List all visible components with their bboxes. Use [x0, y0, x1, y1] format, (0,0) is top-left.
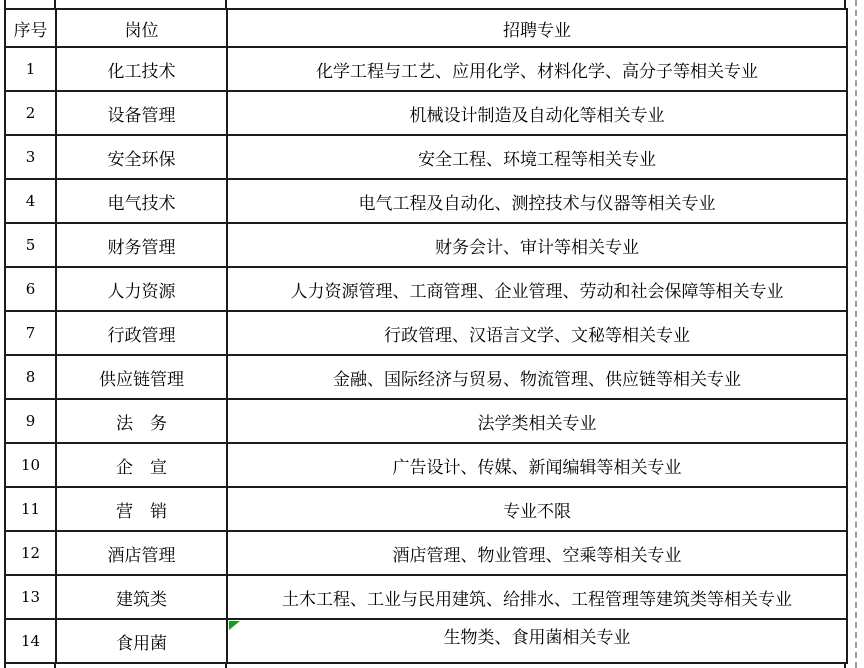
majors-cell[interactable]: 化学工程与工艺、应用化学、材料化学、高分子等相关专业 [227, 47, 847, 91]
majors-cell[interactable]: 财务会计、审计等相关专业 [227, 223, 847, 267]
index-cell[interactable]: 13 [5, 575, 56, 619]
position-cell[interactable]: 建筑类 [56, 575, 227, 619]
page-break-line [855, 0, 857, 668]
table-row: 4 电气技术 电气工程及自动化、测控技术与仪器等相关专业 [5, 179, 847, 223]
table-row: 13 建筑类 土木工程、工业与民用建筑、给排水、工程管理等建筑类等相关专业 [5, 575, 847, 619]
table-row: 14 食用菌 生物类、食用菌相关专业 [5, 619, 847, 663]
position-cell[interactable]: 企 宣 [56, 443, 227, 487]
position-cell[interactable]: 电气技术 [56, 179, 227, 223]
table-row: 6 人力资源 人力资源管理、工商管理、企业管理、劳动和社会保障等相关专业 [5, 267, 847, 311]
cell-error-flag-icon [229, 621, 240, 630]
index-cell[interactable]: 9 [5, 399, 56, 443]
table-row: 8 供应链管理 金融、国际经济与贸易、物流管理、供应链等相关专业 [5, 355, 847, 399]
majors-text: 生物类、食用菌相关专业 [444, 628, 631, 647]
table-row: 7 行政管理 行政管理、汉语言文学、文秘等相关专业 [5, 311, 847, 355]
position-cell[interactable]: 财务管理 [56, 223, 227, 267]
majors-cell[interactable]: 机械设计制造及自动化等相关专业 [227, 91, 847, 135]
majors-cell[interactable]: 专业不限 [227, 487, 847, 531]
index-cell[interactable]: 6 [5, 267, 56, 311]
position-cell[interactable]: 酒店管理 [56, 531, 227, 575]
index-cell[interactable]: 2 [5, 91, 56, 135]
index-cell[interactable]: 14 [5, 619, 56, 663]
majors-cell[interactable]: 人力资源管理、工商管理、企业管理、劳动和社会保障等相关专业 [227, 267, 847, 311]
header-position[interactable]: 岗位 [56, 9, 227, 47]
position-cell[interactable]: 供应链管理 [56, 355, 227, 399]
table-row: 10 企 宣 广告设计、传媒、新闻编辑等相关专业 [5, 443, 847, 487]
position-cell[interactable]: 营 销 [56, 487, 227, 531]
table-row: 12 酒店管理 酒店管理、物业管理、空乘等相关专业 [5, 531, 847, 575]
position-cell[interactable]: 行政管理 [56, 311, 227, 355]
position-cell[interactable]: 法 务 [56, 399, 227, 443]
recruitment-table-sheet: 序号 岗位 招聘专业 1 化工技术 化学工程与工艺、应用化学、材料化学、高分子等… [0, 0, 864, 668]
index-cell[interactable]: 5 [5, 223, 56, 267]
majors-cell[interactable]: 安全工程、环境工程等相关专业 [227, 135, 847, 179]
majors-cell[interactable]: 电气工程及自动化、测控技术与仪器等相关专业 [227, 179, 847, 223]
header-majors[interactable]: 招聘专业 [227, 9, 847, 47]
position-cell[interactable]: 食用菌 [56, 619, 227, 663]
index-cell[interactable]: 8 [5, 355, 56, 399]
index-cell[interactable]: 12 [5, 531, 56, 575]
index-cell[interactable]: 4 [5, 179, 56, 223]
position-cell[interactable]: 化工技术 [56, 47, 227, 91]
table-row: 2 设备管理 机械设计制造及自动化等相关专业 [5, 91, 847, 135]
header-row: 序号 岗位 招聘专业 [5, 9, 847, 47]
table-row: 5 财务管理 财务会计、审计等相关专业 [5, 223, 847, 267]
recruitment-table: 序号 岗位 招聘专业 1 化工技术 化学工程与工艺、应用化学、材料化学、高分子等… [4, 8, 848, 664]
majors-cell[interactable]: 行政管理、汉语言文学、文秘等相关专业 [227, 311, 847, 355]
position-cell[interactable]: 安全环保 [56, 135, 227, 179]
majors-cell[interactable]: 金融、国际经济与贸易、物流管理、供应链等相关专业 [227, 355, 847, 399]
majors-cell[interactable]: 土木工程、工业与民用建筑、给排水、工程管理等建筑类等相关专业 [227, 575, 847, 619]
index-cell[interactable]: 11 [5, 487, 56, 531]
position-cell[interactable]: 人力资源 [56, 267, 227, 311]
table-row: 9 法 务 法学类相关专业 [5, 399, 847, 443]
index-cell[interactable]: 3 [5, 135, 56, 179]
index-cell[interactable]: 1 [5, 47, 56, 91]
majors-cell[interactable]: 酒店管理、物业管理、空乘等相关专业 [227, 531, 847, 575]
table-row: 1 化工技术 化学工程与工艺、应用化学、材料化学、高分子等相关专业 [5, 47, 847, 91]
majors-cell[interactable]: 生物类、食用菌相关专业 [227, 619, 847, 663]
index-cell[interactable]: 10 [5, 443, 56, 487]
position-cell[interactable]: 设备管理 [56, 91, 227, 135]
majors-cell[interactable]: 法学类相关专业 [227, 399, 847, 443]
majors-cell[interactable]: 广告设计、传媒、新闻编辑等相关专业 [227, 443, 847, 487]
table-row: 3 安全环保 安全工程、环境工程等相关专业 [5, 135, 847, 179]
index-cell[interactable]: 7 [5, 311, 56, 355]
header-index[interactable]: 序号 [5, 9, 56, 47]
table-row: 11 营 销 专业不限 [5, 487, 847, 531]
